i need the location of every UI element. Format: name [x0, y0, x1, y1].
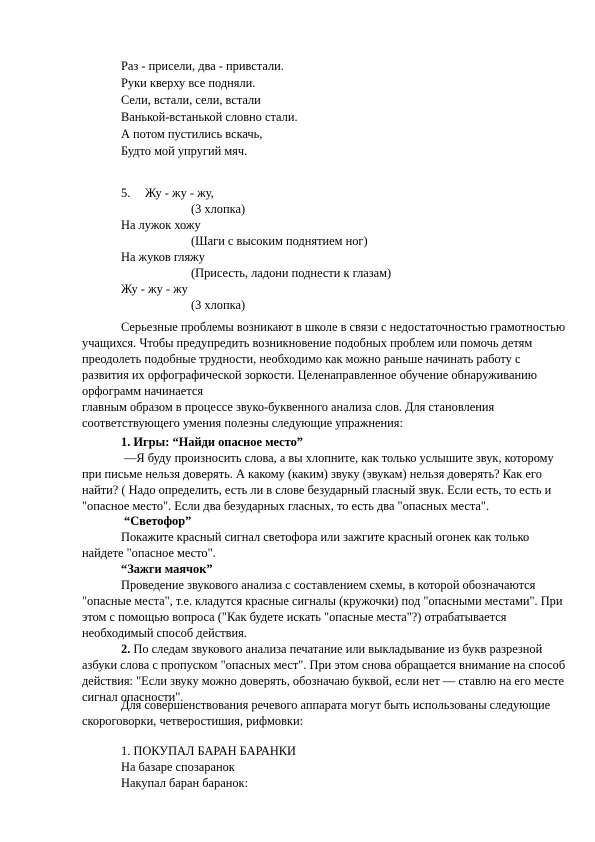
- poem-line: Раз - присели, два - привстали.: [121, 58, 284, 74]
- paragraph-line: орфограмм начинается: [82, 383, 203, 399]
- paragraph-line: 2. По следам звукового анализа печатание…: [121, 641, 542, 657]
- exercise-note: (Шаги с высоким поднятием ног): [191, 233, 368, 249]
- paragraph-line: преодолеть подобные трудности, необходим…: [82, 351, 520, 367]
- section-title: “Зажги маячок”: [121, 561, 213, 577]
- exercise-note: (3 хлопка): [191, 297, 245, 313]
- paragraph-line: "опасные места", т.е. кладутся красные с…: [82, 593, 563, 609]
- exercise-note: (3 хлопка): [191, 201, 245, 217]
- paragraph-line: необходимый способ действия.: [82, 625, 247, 641]
- exercise-line: На лужок хожу: [121, 217, 201, 233]
- exercise-line: На жуков гляжу: [121, 249, 205, 265]
- paragraph-line: при письме нельзя доверять. А какому (ка…: [82, 466, 542, 482]
- poem-line: Сели, встали, сели, встали: [121, 92, 261, 108]
- paragraph-line: скороговорки, четверостишия, рифмовки:: [82, 713, 303, 729]
- paragraph-line: —Я буду произносить слова, а вы хлопните…: [124, 450, 554, 466]
- paragraph-line: соответствующего умения полезны следующи…: [82, 415, 403, 431]
- paragraph-line: найдете "опасное место".: [82, 545, 216, 561]
- paragraph-line: Серьезные проблемы возникают в школе в с…: [121, 319, 565, 335]
- paragraph-line: развития их орфографической зоркости. Це…: [82, 367, 537, 383]
- paragraph-line: Покажите красный сигнал светофора или за…: [121, 529, 529, 545]
- section-title: 1. ПОКУПАЛ БАРАН БАРАНКИ: [121, 743, 296, 759]
- exercise-line: Жу - жу - жу,: [145, 185, 214, 201]
- paragraph-line: азбуки слова с пропуском "опасных мест".…: [82, 657, 565, 673]
- paragraph-line: Проведение звукового анализа с составлен…: [121, 577, 535, 593]
- paragraph-line: действия: "Если звуку можно доверять, об…: [82, 673, 564, 689]
- paragraph-line: этом с помощью вопроса ("Как будете иска…: [82, 609, 506, 625]
- poem-line: Накупал баран баранок:: [121, 775, 248, 791]
- paragraph-line: главным образом в процессе звуко-буквенн…: [82, 399, 494, 415]
- point-number: 2.: [121, 642, 130, 656]
- section-title: “Светофор”: [124, 513, 191, 529]
- document-page: Раз - присели, два - привстали. Руки кве…: [0, 0, 595, 842]
- exercise-note: (Присесть, ладони поднести к глазам): [191, 265, 391, 281]
- paragraph-line: учащихся. Чтобы предупредить возникновен…: [82, 335, 532, 351]
- paragraph-line: "опасное место". Если два безударных гла…: [82, 498, 489, 514]
- poem-line: Руки кверху все подняли.: [121, 75, 255, 91]
- poem-line: Будто мой упругий мяч.: [121, 143, 247, 159]
- point-text: По следам звукового анализа печатание ил…: [130, 642, 542, 656]
- section-title: 1. Игры: “Найди опасное место”: [121, 434, 303, 450]
- exercise-line: Жу - жу - жу: [121, 281, 188, 297]
- poem-line: Ванькой-встанькой словно стали.: [121, 109, 298, 125]
- poem-line: На базаре спозаранок: [121, 759, 235, 775]
- exercise-number: 5.: [121, 185, 130, 201]
- poem-line: А потом пустились вскачь,: [121, 126, 262, 142]
- paragraph-line: Для совершенствования речевого аппарата …: [121, 697, 550, 713]
- paragraph-line: найти? ( Надо определить, есть ли в слов…: [82, 482, 551, 498]
